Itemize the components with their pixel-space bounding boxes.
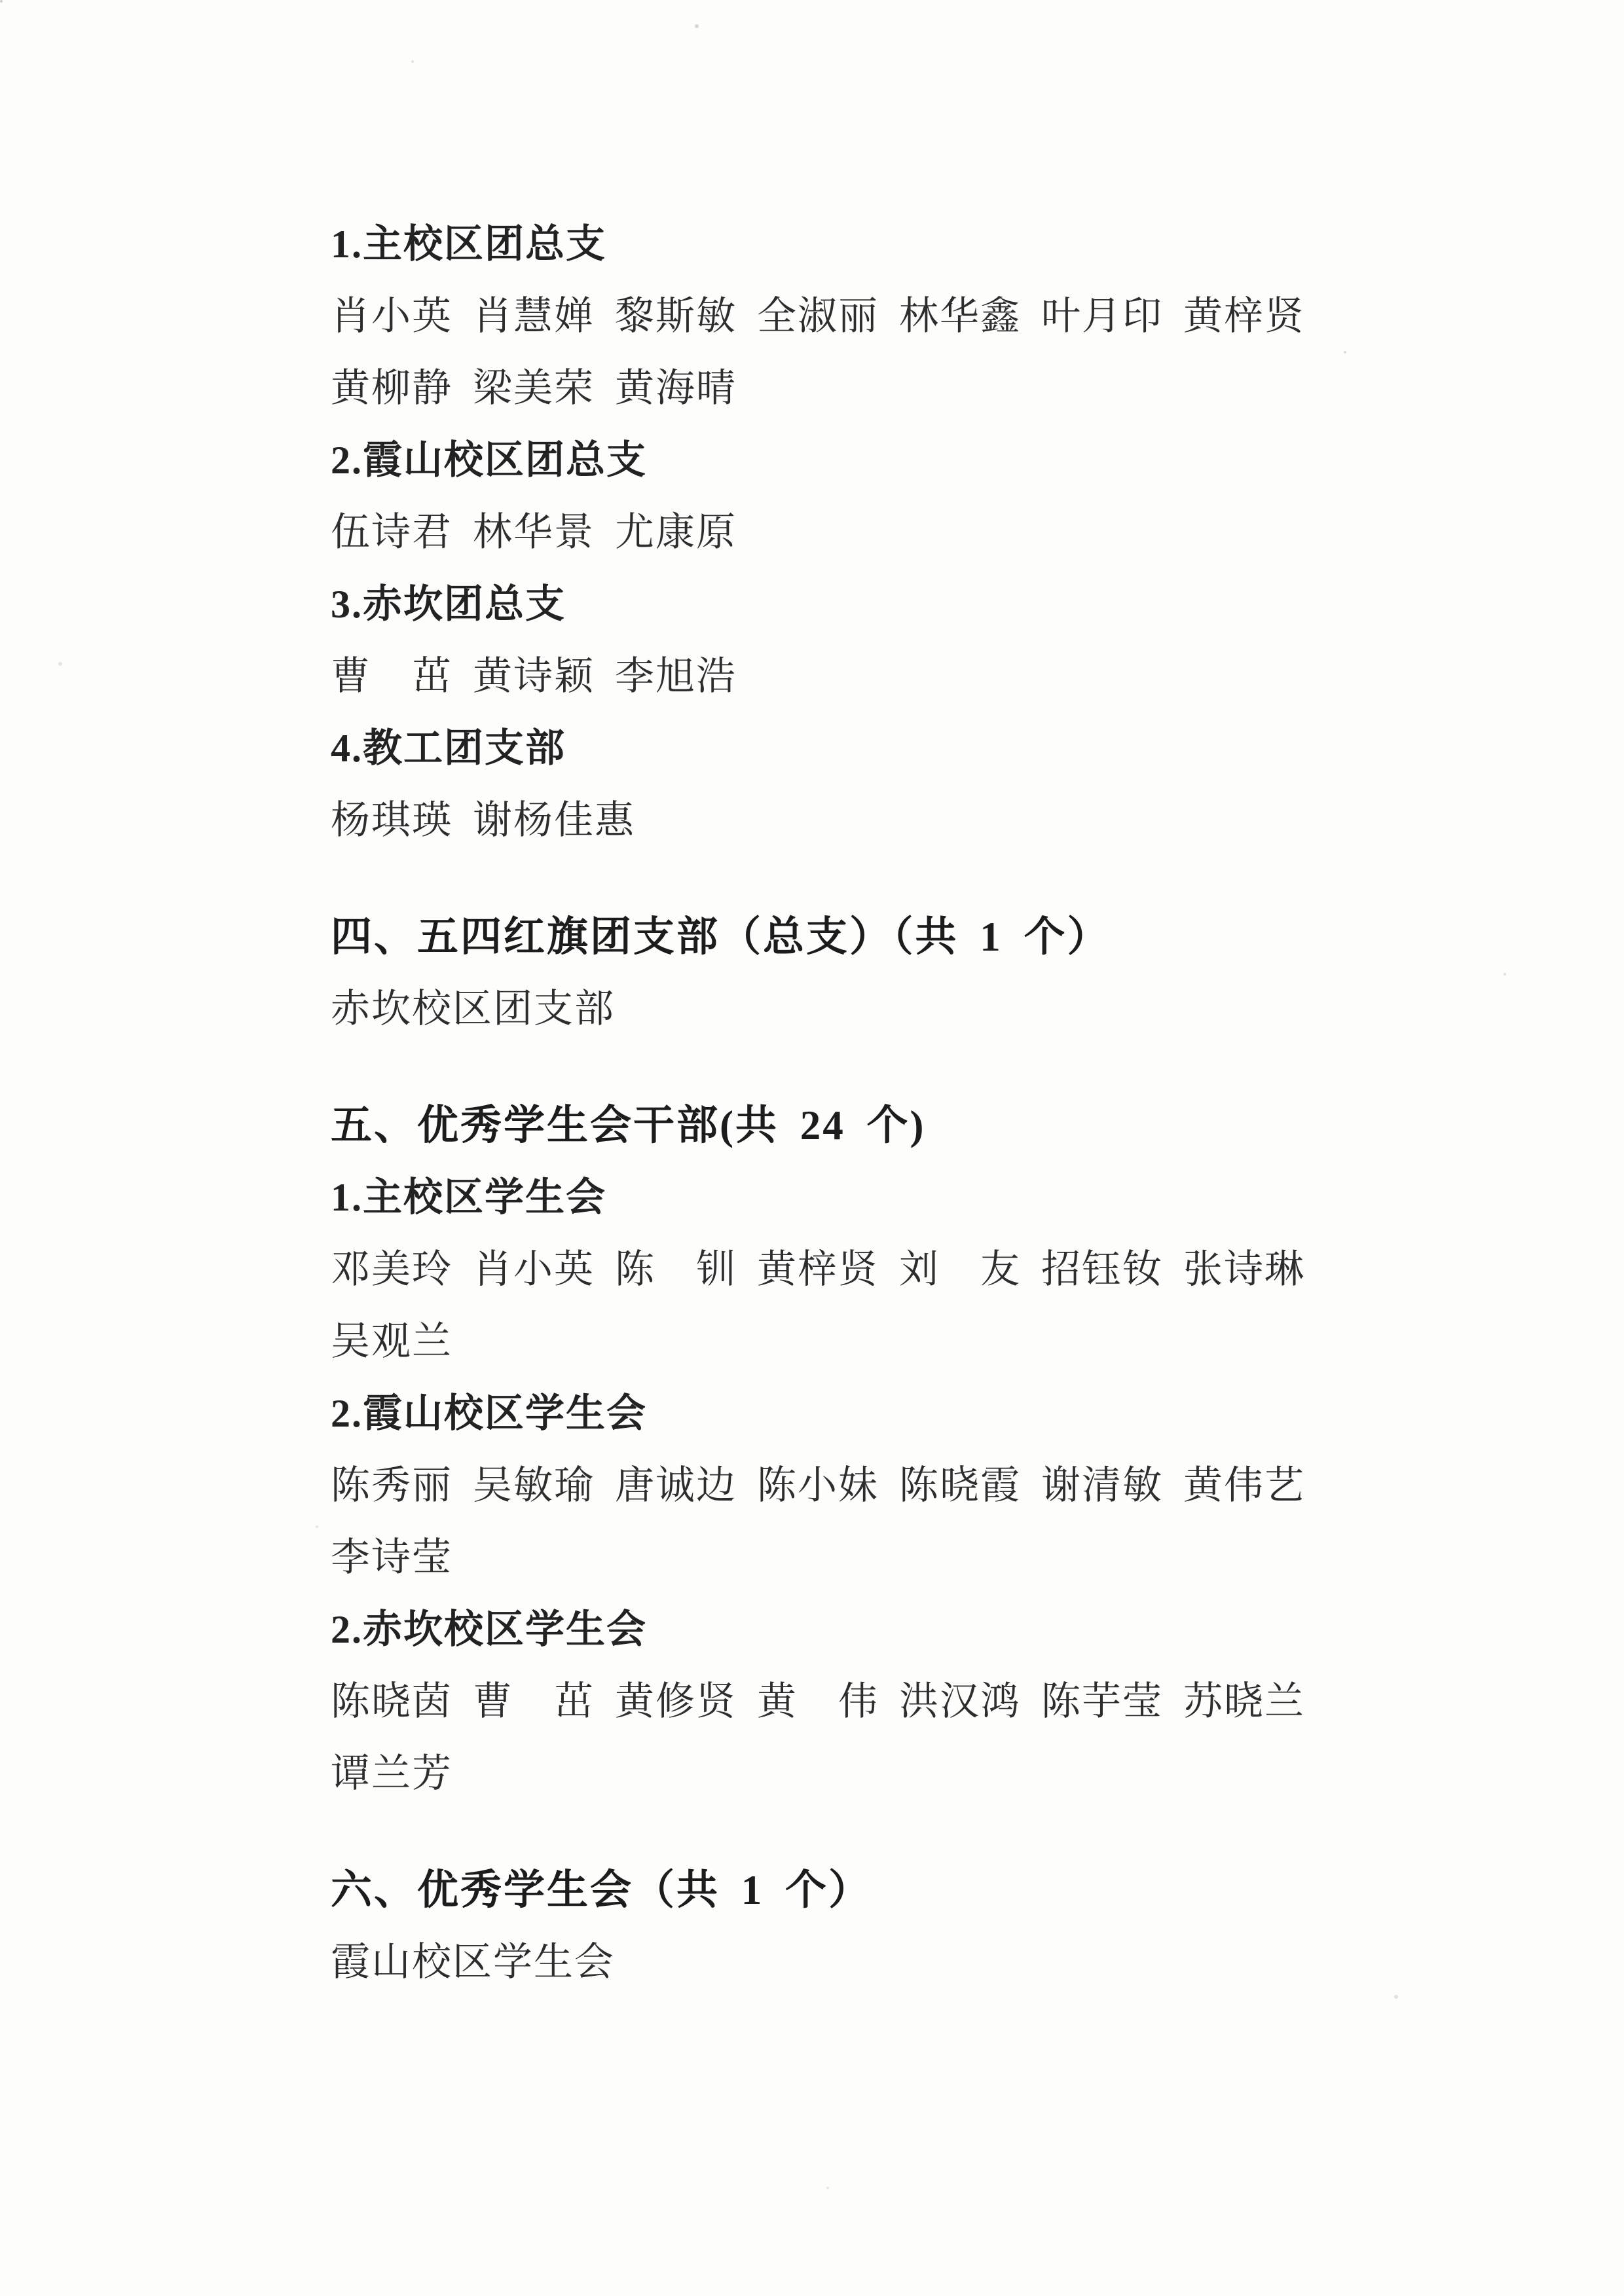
subsection-heading: 2.赤坎校区学生会: [331, 1594, 1431, 1666]
subsection-heading: 2.霞山校区团总支: [331, 424, 1431, 496]
subsection-heading: 1.主校区团总支: [331, 208, 1431, 280]
names-line: 李诗莹: [331, 1522, 1431, 1594]
names-line: 吴观兰: [331, 1305, 1431, 1377]
document-body: 1.主校区团总支 肖小英 肖慧婵 黎斯敏 全淑丽 林华鑫 叶月印 黄梓贤 黄柳静…: [331, 208, 1431, 1998]
names-line: 邓美玲 肖小英 陈 钏 黄梓贤 刘 友 招钰钕 张诗琳: [331, 1233, 1431, 1305]
subsection-heading: 1.主校区学生会: [331, 1161, 1431, 1233]
subsection-heading: 3.赤坎团总支: [331, 568, 1431, 640]
names-line: 谭兰芳: [331, 1738, 1431, 1810]
names-line: 杨琪瑛 谢杨佳惠: [331, 784, 1431, 856]
names-line: 陈秀丽 吴敏瑜 唐诚边 陈小妹 陈晓霞 谢清敏 黄伟艺: [331, 1449, 1431, 1522]
names-line: 曹 茁 黄诗颖 李旭浩: [331, 640, 1431, 712]
scan-noise-specks: [0, 0, 3, 3]
scanned-document-page: 1.主校区团总支 肖小英 肖慧婵 黎斯敏 全淑丽 林华鑫 叶月印 黄梓贤 黄柳静…: [0, 0, 1624, 2296]
subsection-heading: 2.霞山校区学生会: [331, 1377, 1431, 1449]
org-line: 赤坎校区团支部: [331, 973, 1431, 1045]
subsection-heading: 4.教工团支部: [331, 712, 1431, 784]
section-heading: 四、五四红旗团支部（总支）（共 1 个）: [331, 901, 1431, 973]
org-line: 霞山校区学生会: [331, 1926, 1431, 1998]
names-line: 伍诗君 林华景 尤康原: [331, 496, 1431, 568]
section-heading: 六、优秀学生会（共 1 个）: [331, 1854, 1431, 1926]
names-line: 黄柳静 梁美荣 黄海晴: [331, 352, 1431, 424]
names-line: 陈晓茵 曹 茁 黄修贤 黄 伟 洪汉鸿 陈芋莹 苏晓兰: [331, 1666, 1431, 1738]
section-heading: 五、优秀学生会干部(共 24 个): [331, 1089, 1431, 1161]
names-line: 肖小英 肖慧婵 黎斯敏 全淑丽 林华鑫 叶月印 黄梓贤: [331, 280, 1431, 352]
